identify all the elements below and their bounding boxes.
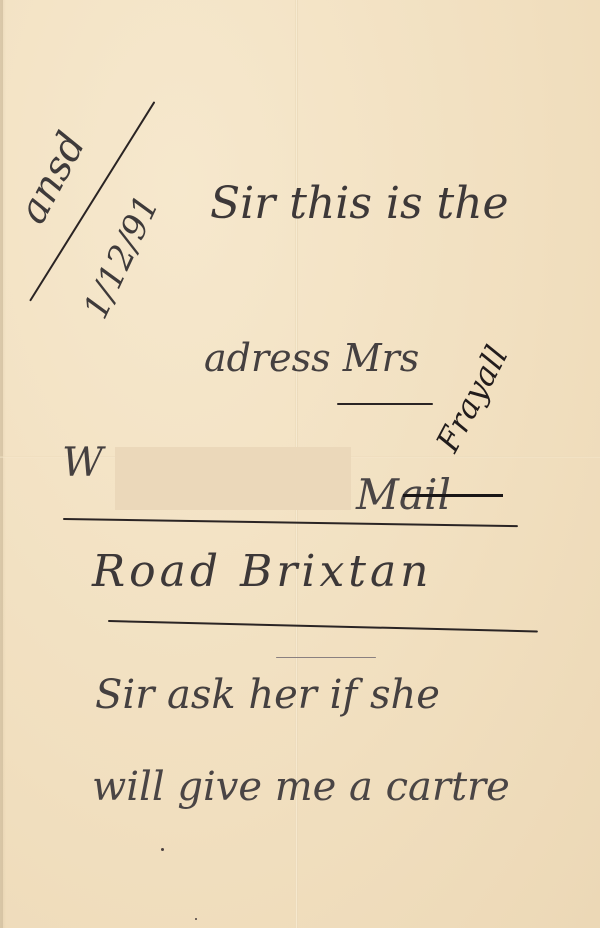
underline-road-line [108, 620, 538, 633]
paper-edge [0, 0, 3, 928]
letter-line-5: Sir ask her if she [95, 672, 440, 718]
ink-speck [195, 918, 197, 920]
letter-line-3-initial: W [62, 440, 103, 486]
underline-address-line [63, 518, 518, 527]
underline-mrs [337, 403, 433, 405]
letter-line-4: Road Brixtan [92, 546, 433, 597]
letter-line-6: will give me a cartre [92, 764, 510, 810]
letter-page: ansd 1/12/91 Sir this is the adress Mrs … [0, 0, 600, 928]
margin-annotation-date: 1/12/91 [76, 189, 168, 325]
faint-dash [276, 657, 376, 658]
strikethrough-mail [403, 494, 503, 497]
side-annotation-name: Frayall [428, 339, 515, 458]
letter-line-2: adress Mrs [204, 336, 419, 380]
letter-line-1: Sir this is the [210, 178, 509, 229]
ink-dot [161, 848, 164, 851]
redacted-region [115, 447, 351, 510]
